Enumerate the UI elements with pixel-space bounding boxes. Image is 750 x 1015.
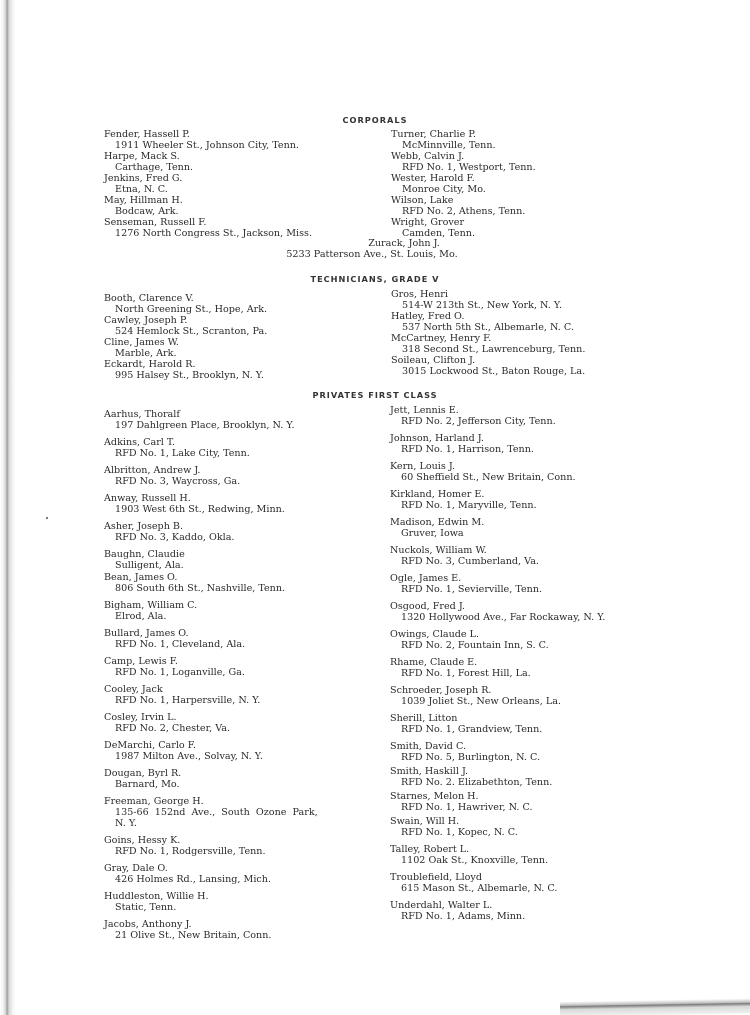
roster-entry: Booth, Clarence V.North Greening St., Ho…	[104, 293, 267, 315]
entry-address: 806 South 6th St., Nashville, Tenn.	[104, 583, 318, 594]
roster-entry: Sherill, LittonRFD No. 1, Grandview, Ten…	[390, 713, 605, 735]
entry-name: Goins, Hessy K.	[104, 835, 318, 846]
entry-address: 514-W 213th St., New York, N. Y.	[391, 300, 585, 311]
roster-entry: Smith, David C.RFD No. 5, Burlington, N.…	[390, 741, 605, 763]
entry-address: RFD No. 1, Westport, Tenn.	[391, 162, 536, 173]
roster-entry: Adkins, Carl T.RFD No. 1, Lake City, Ten…	[104, 437, 318, 459]
entry-name: Underdahl, Walter L.	[390, 900, 605, 911]
entry-address: RFD No. 1, Rodgersville, Tenn.	[104, 846, 318, 857]
roster-entry: Senseman, Russell F.1276 North Congress …	[104, 217, 312, 239]
roster-entry: Rhame, Claude E.RFD No. 1, Forest Hill, …	[390, 657, 605, 679]
entry-address: 615 Mason St., Albemarle, N. C.	[390, 883, 605, 894]
entry-name: Troublefield, Lloyd	[390, 872, 605, 883]
entry-name: Johnson, Harland J.	[390, 433, 605, 444]
roster-entry: Jett, Lennis E.RFD No. 2, Jefferson City…	[390, 405, 605, 427]
roster-entry: Soileau, Clifton J.3015 Lockwood St., Ba…	[391, 355, 585, 377]
roster-entry: Troublefield, Lloyd615 Mason St., Albema…	[390, 872, 605, 894]
entry-name: Jacobs, Anthony J.	[104, 919, 318, 930]
entry-address: 524 Hemlock St., Scranton, Pa.	[104, 326, 267, 337]
section-title-privates-first-class: PRIVATES FIRST CLASS	[0, 390, 750, 400]
entry-address: 995 Halsey St., Brooklyn, N. Y.	[104, 370, 267, 381]
entry-name: Camp, Lewis F.	[104, 656, 318, 667]
entry-name: Smith, Haskill J.	[390, 766, 605, 777]
roster-entry: Hatley, Fred O.537 North 5th St., Albema…	[391, 311, 585, 333]
entry-address: 1320 Hollywood Ave., Far Rockaway, N. Y.	[390, 612, 605, 623]
entry-address: 135-66 152nd Ave., South Ozone Park,	[104, 807, 318, 818]
entry-name: Osgood, Fred J.	[390, 601, 605, 612]
entry-name: Cline, James W.	[104, 337, 267, 348]
entry-address: 21 Olive St., New Britain, Conn.	[104, 930, 318, 941]
entry-name: Ogle, James E.	[390, 573, 605, 584]
entry-address: 1911 Wheeler St., Johnson City, Tenn.	[104, 140, 312, 151]
entry-name: McCartney, Henry F.	[391, 333, 585, 344]
print-speck	[46, 517, 48, 519]
corporals-right-column: Turner, Charlie P.McMinnville, Tenn. Web…	[391, 129, 536, 239]
entry-name: Huddleston, Willie H.	[104, 891, 318, 902]
entry-address: RFD No. 2, Chester, Va.	[104, 723, 318, 734]
roster-entry: Freeman, George H.135-66 152nd Ave., Sou…	[104, 796, 318, 829]
entry-address: RFD No. 3, Cumberland, Va.	[390, 556, 605, 567]
entry-name: Asher, Joseph B.	[104, 521, 318, 532]
entry-name: Jenkins, Fred G.	[104, 173, 312, 184]
technicians-right-column: Gros, Henri514-W 213th St., New York, N.…	[391, 289, 585, 377]
roster-entry: Osgood, Fred J.1320 Hollywood Ave., Far …	[390, 601, 605, 623]
roster-entry: Owings, Claude L.RFD No. 2, Fountain Inn…	[390, 629, 605, 651]
roster-entry: Underdahl, Walter L.RFD No. 1, Adams, Mi…	[390, 900, 605, 922]
entry-name: Anway, Russell H.	[104, 493, 318, 504]
entry-address: RFD No. 2, Fountain Inn, S. C.	[390, 640, 605, 651]
roster-entry: Dougan, Byrl R.Barnard, Mo.	[104, 768, 318, 790]
roster-entry: Asher, Joseph B.RFD No. 3, Kaddo, Okla.	[104, 521, 318, 543]
section-title-corporals: CORPORALS	[0, 115, 750, 125]
roster-entry: McCartney, Henry F.318 Second St., Lawre…	[391, 333, 585, 355]
entry-name: Adkins, Carl T.	[104, 437, 318, 448]
page-bottom-edge	[560, 998, 750, 1015]
entry-name: Bullard, James O.	[104, 628, 318, 639]
roster-entry: Cosley, Irvin L.RFD No. 2, Chester, Va.	[104, 712, 318, 734]
roster-entry: Goins, Hessy K.RFD No. 1, Rodgersville, …	[104, 835, 318, 857]
entry-address: 1903 West 6th St., Redwing, Minn.	[104, 504, 318, 515]
roster-entry: Wright, GroverCamden, Tenn.	[391, 217, 536, 239]
roster-entry: Albritton, Andrew J.RFD No. 3, Waycross,…	[104, 465, 318, 487]
entry-address-continued: N. Y.	[104, 818, 318, 829]
entry-address: McMinnville, Tenn.	[391, 140, 536, 151]
entry-name: Nuckols, William W.	[390, 545, 605, 556]
privates-left-column: Aarhus, Thoralf197 Dahlgreen Place, Broo…	[104, 409, 318, 947]
entry-address: RFD No. 3, Kaddo, Okla.	[104, 532, 318, 543]
entry-address: RFD No. 1, Lake City, Tenn.	[104, 448, 318, 459]
roster-entry: Starnes, Melon H.RFD No. 1, Hawriver, N.…	[390, 791, 605, 813]
roster-entry: Webb, Calvin J.RFD No. 1, Westport, Tenn…	[391, 151, 536, 173]
entry-name: Bigham, William C.	[104, 600, 318, 611]
entry-name: Swain, Will H.	[390, 816, 605, 827]
entry-name: Baughn, Claudie	[104, 549, 318, 560]
entry-address: 60 Sheffield St., New Britain, Conn.	[390, 472, 605, 483]
entry-address: RFD No. 1, Forest Hill, La.	[390, 668, 605, 679]
entry-address: RFD No. 1, Cleveland, Ala.	[104, 639, 318, 650]
entry-name: Dougan, Byrl R.	[104, 768, 318, 779]
entry-address: Sulligent, Ala.	[104, 560, 318, 571]
privates-right-column: Jett, Lennis E.RFD No. 2, Jefferson City…	[390, 405, 605, 928]
roster-entry: DeMarchi, Carlo F.1987 Milton Ave., Solv…	[104, 740, 318, 762]
roster-entry: Jacobs, Anthony J.21 Olive St., New Brit…	[104, 919, 318, 941]
roster-entry: Talley, Robert L.1102 Oak St., Knoxville…	[390, 844, 605, 866]
entry-address: 537 North 5th St., Albemarle, N. C.	[391, 322, 585, 333]
roster-entry: Wilson, LakeRFD No. 2, Athens, Tenn.	[391, 195, 536, 217]
entry-name: Jett, Lennis E.	[390, 405, 605, 416]
corporals-left-column: Fender, Hassell P.1911 Wheeler St., John…	[104, 129, 312, 239]
roster-entry: Cline, James W.Marble, Ark.	[104, 337, 267, 359]
roster-entry: Schroeder, Joseph R.1039 Joliet St., New…	[390, 685, 605, 707]
entry-address: Gruver, Iowa	[390, 528, 605, 539]
entry-address: RFD No. 5, Burlington, N. C.	[390, 752, 605, 763]
roster-entry: Camp, Lewis F.RFD No. 1, Loganville, Ga.	[104, 656, 318, 678]
roster-entry: Madison, Edwin M.Gruver, Iowa	[390, 517, 605, 539]
entry-name: Cawley, Joseph P.	[104, 315, 267, 326]
entry-name: Gray, Dale O.	[104, 863, 318, 874]
entry-address: RFD No. 1, Harrison, Tenn.	[390, 444, 605, 455]
entry-address: 426 Holmes Rd., Lansing, Mich.	[104, 874, 318, 885]
entry-address: RFD No. 1, Hawriver, N. C.	[390, 802, 605, 813]
roster-entry: Baughn, ClaudieSulligent, Ala.	[104, 549, 318, 571]
entry-name: Bean, James O.	[104, 572, 318, 583]
entry-address: 5233 Patterson Ave., St. Louis, Mo.	[0, 249, 750, 260]
entry-name: Rhame, Claude E.	[390, 657, 605, 668]
entry-name: Hatley, Fred O.	[391, 311, 585, 322]
entry-name: Kern, Louis J.	[390, 461, 605, 472]
entry-name: Starnes, Melon H.	[390, 791, 605, 802]
entry-address: 197 Dahlgreen Place, Brooklyn, N. Y.	[104, 420, 318, 431]
entry-address: RFD No. 1, Grandview, Tenn.	[390, 724, 605, 735]
entry-name: Soileau, Clifton J.	[391, 355, 585, 366]
roster-entry: Kern, Louis J.60 Sheffield St., New Brit…	[390, 461, 605, 483]
entry-address: RFD No. 2, Jefferson City, Tenn.	[390, 416, 605, 427]
entry-name: Cosley, Irvin L.	[104, 712, 318, 723]
roster-entry-centered: Zurack, John J. 5233 Patterson Ave., St.…	[0, 238, 750, 260]
entry-name: Freeman, George H.	[104, 796, 318, 807]
roster-entry: Cooley, JackRFD No. 1, Harpersville, N. …	[104, 684, 318, 706]
roster-entry: Huddleston, Willie H.Static, Tenn.	[104, 891, 318, 913]
entry-address: Etna, N. C.	[104, 184, 312, 195]
entry-address: Elrod, Ala.	[104, 611, 318, 622]
entry-name: Turner, Charlie P.	[391, 129, 536, 140]
entry-address: 1102 Oak St., Knoxville, Tenn.	[390, 855, 605, 866]
entry-name: Zurack, John J.	[0, 238, 750, 249]
roster-entry: Ogle, James E.RFD No. 1, Sevierville, Te…	[390, 573, 605, 595]
roster-entry: Swain, Will H.RFD No. 1, Kopec, N. C.	[390, 816, 605, 838]
roster-entry: Aarhus, Thoralf197 Dahlgreen Place, Broo…	[104, 409, 318, 431]
entry-name: Sherill, Litton	[390, 713, 605, 724]
entry-address: 1039 Joliet St., New Orleans, La.	[390, 696, 605, 707]
entry-address: RFD No. 1, Kopec, N. C.	[390, 827, 605, 838]
entry-name: Aarhus, Thoralf	[104, 409, 318, 420]
entry-name: May, Hillman H.	[104, 195, 312, 206]
entry-name: DeMarchi, Carlo F.	[104, 740, 318, 751]
roster-entry: Eckardt, Harold R.995 Halsey St., Brookl…	[104, 359, 267, 381]
roster-entry: Nuckols, William W.RFD No. 3, Cumberland…	[390, 545, 605, 567]
roster-entry: Cawley, Joseph P.524 Hemlock St., Scrant…	[104, 315, 267, 337]
entry-address: RFD No. 2, Athens, Tenn.	[391, 206, 536, 217]
entry-name: Cooley, Jack	[104, 684, 318, 695]
entry-address: 3015 Lockwood St., Baton Rouge, La.	[391, 366, 585, 377]
entry-address: RFD No. 3, Waycross, Ga.	[104, 476, 318, 487]
entry-name: Booth, Clarence V.	[104, 293, 267, 304]
entry-name: Owings, Claude L.	[390, 629, 605, 640]
entry-address: Marble, Ark.	[104, 348, 267, 359]
entry-name: Madison, Edwin M.	[390, 517, 605, 528]
entry-name: Harpe, Mack S.	[104, 151, 312, 162]
entry-address: RFD No. 1, Maryville, Tenn.	[390, 500, 605, 511]
entry-name: Schroeder, Joseph R.	[390, 685, 605, 696]
roster-entry: Gray, Dale O.426 Holmes Rd., Lansing, Mi…	[104, 863, 318, 885]
entry-address: Carthage, Tenn.	[104, 162, 312, 173]
entry-address: RFD No. 1, Adams, Minn.	[390, 911, 605, 922]
entry-name: Fender, Hassell P.	[104, 129, 312, 140]
roster-entry: Anway, Russell H.1903 West 6th St., Redw…	[104, 493, 318, 515]
entry-name: Wilson, Lake	[391, 195, 536, 206]
entry-name: Talley, Robert L.	[390, 844, 605, 855]
entry-address: Bodcaw, Ark.	[104, 206, 312, 217]
entry-name: Albritton, Andrew J.	[104, 465, 318, 476]
entry-address: 1987 Milton Ave., Solvay, N. Y.	[104, 751, 318, 762]
roster-entry: Kirkland, Homer E.RFD No. 1, Maryville, …	[390, 489, 605, 511]
technicians-left-column: Booth, Clarence V.North Greening St., Ho…	[104, 293, 267, 381]
entry-address: Barnard, Mo.	[104, 779, 318, 790]
roster-entry: May, Hillman H.Bodcaw, Ark.	[104, 195, 312, 217]
entry-name: Wester, Harold F.	[391, 173, 536, 184]
entry-address: RFD No. 1, Loganville, Ga.	[104, 667, 318, 678]
roster-entry: Smith, Haskill J.RFD No. 2. Elizabethton…	[390, 766, 605, 788]
section-title-technicians: TECHNICIANS, GRADE V	[0, 274, 750, 284]
entry-name: Smith, David C.	[390, 741, 605, 752]
entry-address: RFD No. 1, Sevierville, Tenn.	[390, 584, 605, 595]
entry-name: Wright, Grover	[391, 217, 536, 228]
entry-name: Gros, Henri	[391, 289, 585, 300]
roster-entry: Fender, Hassell P.1911 Wheeler St., John…	[104, 129, 312, 151]
roster-entry: Bean, James O.806 South 6th St., Nashvil…	[104, 572, 318, 594]
roster-entry: Harpe, Mack S.Carthage, Tenn.	[104, 151, 312, 173]
entry-address: North Greening St., Hope, Ark.	[104, 304, 267, 315]
entry-name: Kirkland, Homer E.	[390, 489, 605, 500]
roster-entry: Bigham, William C.Elrod, Ala.	[104, 600, 318, 622]
entry-address: Static, Tenn.	[104, 902, 318, 913]
roster-entry: Bullard, James O.RFD No. 1, Cleveland, A…	[104, 628, 318, 650]
entry-name: Senseman, Russell F.	[104, 217, 312, 228]
roster-entry: Wester, Harold F.Monroe City, Mo.	[391, 173, 536, 195]
roster-entry: Gros, Henri514-W 213th St., New York, N.…	[391, 289, 585, 311]
roster-entry: Jenkins, Fred G.Etna, N. C.	[104, 173, 312, 195]
entry-address: 318 Second St., Lawrenceburg, Tenn.	[391, 344, 585, 355]
entry-address: Monroe City, Mo.	[391, 184, 536, 195]
entry-address: RFD No. 1, Harpersville, N. Y.	[104, 695, 318, 706]
roster-entry: Johnson, Harland J.RFD No. 1, Harrison, …	[390, 433, 605, 455]
roster-entry: Turner, Charlie P.McMinnville, Tenn.	[391, 129, 536, 151]
entry-name: Eckardt, Harold R.	[104, 359, 267, 370]
page-binding-edge	[0, 0, 16, 1015]
entry-address: RFD No. 2. Elizabethton, Tenn.	[390, 777, 605, 788]
entry-name: Webb, Calvin J.	[391, 151, 536, 162]
